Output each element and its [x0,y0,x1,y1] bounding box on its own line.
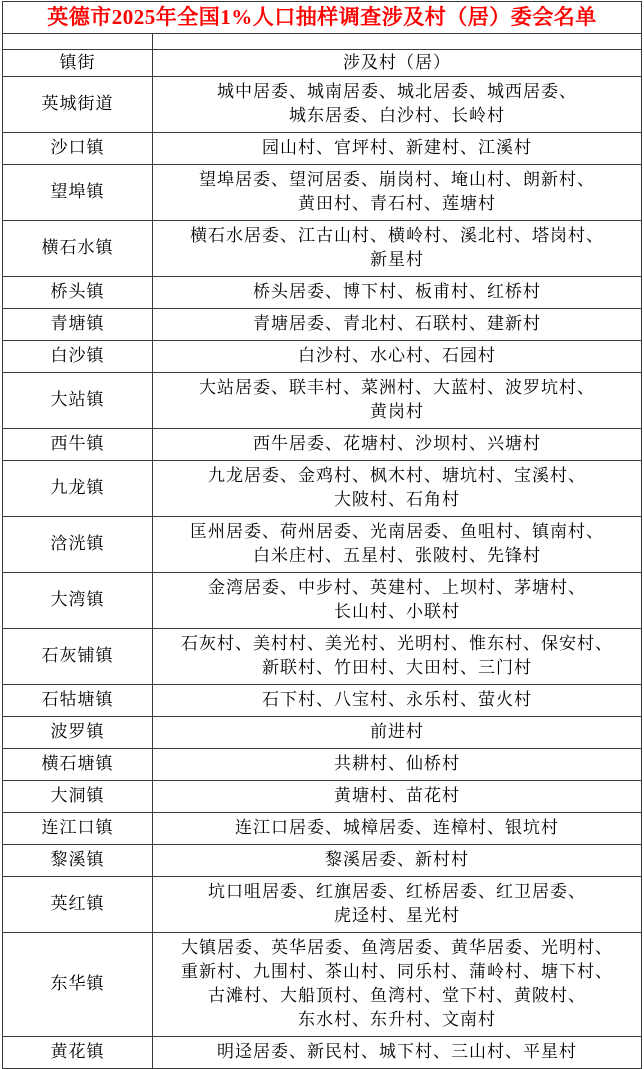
villages-cell: 黎溪居委、新村村 [153,845,642,877]
villages-cell: 桥头居委、博下村、板甫村、红桥村 [153,277,642,309]
spacer-row [2,34,642,49]
town-cell: 大站镇 [3,373,153,429]
spacer-cell-right [153,34,641,49]
villages-cell: 望埠居委、望河居委、崩岗村、埯山村、朗新村、 黄田村、青石村、莲塘村 [153,165,642,221]
column-header-villages: 涉及村（居） [153,50,642,77]
document-sheet: 英德市2025年全国1%人口抽样调查涉及村（居）委会名单 镇街 涉及村（居） 英… [2,1,642,1069]
town-cell: 大洞镇 [3,781,153,813]
town-cell: 沙口镇 [3,133,153,165]
villages-cell: 坑口咀居委、红旗居委、红桥居委、红卫居委、 虎迳村、星光村 [153,877,642,933]
villages-cell: 共耕村、仙桥村 [153,749,642,781]
table-row: 横石水镇横石水居委、江古山村、横岭村、溪北村、塔岗村、 新星村 [3,221,642,277]
town-cell: 英红镇 [3,877,153,933]
town-cell: 西牛镇 [3,429,153,461]
villages-cell: 园山村、官坪村、新建村、江溪村 [153,133,642,165]
table-row: 英城街道城中居委、城南居委、城北居委、城西居委、 城东居委、白沙村、长岭村 [3,77,642,133]
town-cell: 桥头镇 [3,277,153,309]
town-cell: 黄花镇 [3,1037,153,1069]
table-row: 浛洸镇匡州居委、荷州居委、光南居委、鱼咀村、镇南村、 白米庄村、五星村、张陂村、… [3,517,642,573]
table-row: 横石塘镇共耕村、仙桥村 [3,749,642,781]
table-row: 黎溪镇黎溪居委、新村村 [3,845,642,877]
table-header-row: 镇街 涉及村（居） [3,50,642,77]
table-row: 黄花镇明迳居委、新民村、城下村、三山村、平星村 [3,1037,642,1069]
table-row: 英红镇坑口咀居委、红旗居委、红桥居委、红卫居委、 虎迳村、星光村 [3,877,642,933]
villages-cell: 明迳居委、新民村、城下村、三山村、平星村 [153,1037,642,1069]
town-cell: 望埠镇 [3,165,153,221]
table-row: 东华镇大镇居委、英华居委、鱼湾居委、黄华居委、光明村、 重新村、九围村、茶山村、… [3,933,642,1037]
villages-cell: 横石水居委、江古山村、横岭村、溪北村、塔岗村、 新星村 [153,221,642,277]
town-cell: 波罗镇 [3,717,153,749]
table-row: 桥头镇桥头居委、博下村、板甫村、红桥村 [3,277,642,309]
town-cell: 横石塘镇 [3,749,153,781]
table-row: 九龙镇九龙居委、金鸡村、枫木村、塘坑村、宝溪村、 大陂村、石角村 [3,461,642,517]
table-row: 大湾镇金湾居委、中步村、英建村、上坝村、茅塘村、 长山村、小联村 [3,573,642,629]
town-cell: 石灰铺镇 [3,629,153,685]
town-cell: 浛洸镇 [3,517,153,573]
page-title: 英德市2025年全国1%人口抽样调查涉及村（居）委会名单 [2,1,642,34]
table-row: 连江口镇连江口居委、城樟居委、连樟村、银坑村 [3,813,642,845]
table-row: 望埠镇望埠居委、望河居委、崩岗村、埯山村、朗新村、 黄田村、青石村、莲塘村 [3,165,642,221]
villages-cell: 金湾居委、中步村、英建村、上坝村、茅塘村、 长山村、小联村 [153,573,642,629]
column-header-town: 镇街 [3,50,153,77]
villages-cell: 九龙居委、金鸡村、枫木村、塘坑村、宝溪村、 大陂村、石角村 [153,461,642,517]
town-cell: 横石水镇 [3,221,153,277]
villages-cell: 大镇居委、英华居委、鱼湾居委、黄华居委、光明村、 重新村、九围村、茶山村、同乐村… [153,933,642,1037]
table-row: 大洞镇黄塘村、苗花村 [3,781,642,813]
villages-cell: 连江口居委、城樟居委、连樟村、银坑村 [153,813,642,845]
town-cell: 九龙镇 [3,461,153,517]
villages-cell: 西牛居委、花塘村、沙坝村、兴塘村 [153,429,642,461]
villages-cell: 城中居委、城南居委、城北居委、城西居委、 城东居委、白沙村、长岭村 [153,77,642,133]
town-cell: 东华镇 [3,933,153,1037]
town-cell: 英城街道 [3,77,153,133]
table-row: 西牛镇西牛居委、花塘村、沙坝村、兴塘村 [3,429,642,461]
town-cell: 石牯塘镇 [3,685,153,717]
town-cell: 连江口镇 [3,813,153,845]
town-cell: 黎溪镇 [3,845,153,877]
table-row: 波罗镇前进村 [3,717,642,749]
town-cell: 大湾镇 [3,573,153,629]
villages-cell: 青塘居委、青北村、石联村、建新村 [153,309,642,341]
villages-cell: 石灰村、美村村、美光村、光明村、惟东村、保安村、 新联村、竹田村、大田村、三门村 [153,629,642,685]
table-row: 青塘镇青塘居委、青北村、石联村、建新村 [3,309,642,341]
villages-cell: 白沙村、水心村、石园村 [153,341,642,373]
villages-cell: 石下村、八宝村、永乐村、萤火村 [153,685,642,717]
town-cell: 白沙镇 [3,341,153,373]
spacer-cell-left [3,34,153,49]
village-table: 镇街 涉及村（居） 英城街道城中居委、城南居委、城北居委、城西居委、 城东居委、… [2,49,642,1069]
table-row: 大站镇大站居委、联丰村、菜洲村、大蓝村、波罗坑村、 黄岗村 [3,373,642,429]
table-row: 石灰铺镇石灰村、美村村、美光村、光明村、惟东村、保安村、 新联村、竹田村、大田村… [3,629,642,685]
table-row: 白沙镇白沙村、水心村、石园村 [3,341,642,373]
table-row: 沙口镇园山村、官坪村、新建村、江溪村 [3,133,642,165]
table-row: 石牯塘镇石下村、八宝村、永乐村、萤火村 [3,685,642,717]
villages-cell: 黄塘村、苗花村 [153,781,642,813]
villages-cell: 匡州居委、荷州居委、光南居委、鱼咀村、镇南村、 白米庄村、五星村、张陂村、先锋村 [153,517,642,573]
villages-cell: 大站居委、联丰村、菜洲村、大蓝村、波罗坑村、 黄岗村 [153,373,642,429]
villages-cell: 前进村 [153,717,642,749]
table-body: 英城街道城中居委、城南居委、城北居委、城西居委、 城东居委、白沙村、长岭村沙口镇… [3,77,642,1069]
town-cell: 青塘镇 [3,309,153,341]
